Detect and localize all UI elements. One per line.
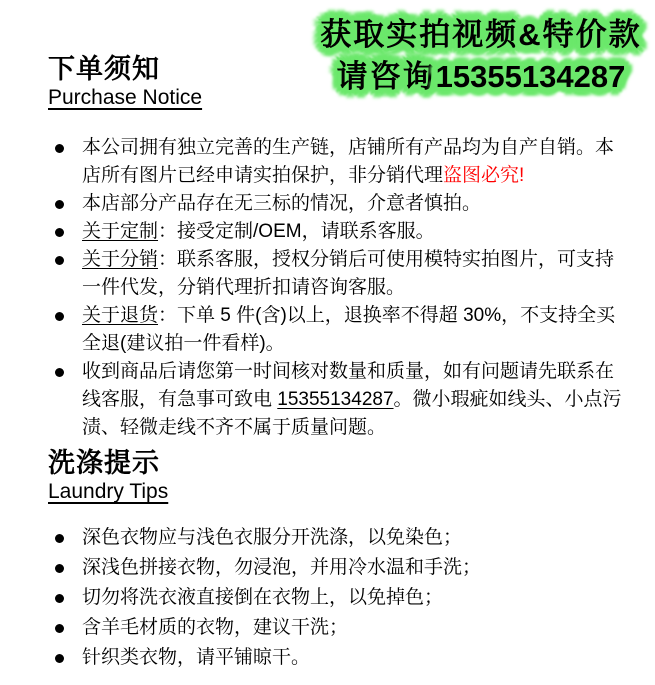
laundry-tips-title-en: Laundry Tips bbox=[48, 480, 168, 504]
list-item: 关于退货：下单 5 件(含)以上，退换率不得超 30%，不支持全买全退(建议拍一… bbox=[48, 302, 630, 358]
underlined-text: 关于分销 bbox=[82, 249, 158, 270]
list-item: 切勿将洗衣液直接倒在衣物上，以免掉色； bbox=[48, 584, 630, 612]
underlined-text: 15355134287 bbox=[277, 389, 393, 410]
promo-banner: 获取实拍视频&特价款 请咨询15355134287 bbox=[311, 14, 651, 98]
laundry-tips-list: 深色衣物应与浅色衣服分开洗涤，以免染色；深浅色拼接衣物，勿浸泡，并用冷水温和手洗… bbox=[48, 524, 630, 672]
text-segment: 深浅色拼接衣物，勿浸泡，并用冷水温和手洗； bbox=[82, 557, 481, 578]
promo-phone-number: 15355134287 bbox=[436, 59, 626, 94]
list-item: 针织类衣物，请平铺晾干。 bbox=[48, 644, 630, 672]
warning-text: 盗图必究! bbox=[443, 165, 524, 186]
list-item: 深色衣物应与浅色衣服分开洗涤，以免染色； bbox=[48, 524, 630, 552]
text-segment: 本公司拥有独立完善的生产链，店铺所有产品均为自产自销。本店所有图片已经申请实拍保… bbox=[82, 137, 614, 186]
promo-banner-line2: 请咨询15355134287 bbox=[311, 56, 651, 98]
list-item: 关于分销：联系客服，授权分销后可使用模特实拍图片，可支持一件代发，分销代理折扣请… bbox=[48, 246, 630, 302]
purchase-notice-list: 本公司拥有独立完善的生产链，店铺所有产品均为自产自销。本店所有图片已经申请实拍保… bbox=[48, 134, 630, 442]
promo-contact-label: 请咨询 bbox=[337, 59, 436, 94]
notice-page-content: 下单须知 Purchase Notice 本公司拥有独立完善的生产链，店铺所有产… bbox=[0, 54, 655, 672]
text-segment: ：下单 5 件(含)以上，退换率不得超 30%，不支持全买全退(建议拍一件看样)… bbox=[82, 305, 615, 354]
laundry-tips-title-zh: 洗涤提示 bbox=[48, 448, 630, 478]
underlined-text: 关于退货 bbox=[82, 305, 158, 326]
list-item: 本店部分产品存在无三标的情况，介意者慎拍。 bbox=[48, 190, 630, 218]
text-segment: 深色衣物应与浅色衣服分开洗涤，以免染色； bbox=[82, 527, 462, 548]
text-segment: 针织类衣物，请平铺晾干。 bbox=[82, 647, 310, 668]
underlined-text: 关于定制 bbox=[82, 221, 158, 242]
text-segment: 切勿将洗衣液直接倒在衣物上，以免掉色； bbox=[82, 587, 443, 608]
text-segment: ：联系客服，授权分销后可使用模特实拍图片，可支持一件代发，分销代理折扣请咨询客服… bbox=[82, 249, 614, 298]
list-item: 含羊毛材质的衣物，建议干洗； bbox=[48, 614, 630, 642]
list-item: 深浅色拼接衣物，勿浸泡，并用冷水温和手洗； bbox=[48, 554, 630, 582]
list-item: 本公司拥有独立完善的生产链，店铺所有产品均为自产自销。本店所有图片已经申请实拍保… bbox=[48, 134, 630, 190]
promo-banner-line1: 获取实拍视频&特价款 bbox=[311, 14, 651, 56]
purchase-notice-title-en: Purchase Notice bbox=[48, 86, 202, 110]
list-item: 关于定制：接受定制/OEM，请联系客服。 bbox=[48, 218, 630, 246]
text-segment: 含羊毛材质的衣物，建议干洗； bbox=[82, 617, 348, 638]
text-segment: ：接受定制/OEM，请联系客服。 bbox=[158, 221, 435, 242]
text-segment: 本店部分产品存在无三标的情况，介意者慎拍。 bbox=[82, 193, 481, 214]
list-item: 收到商品后请您第一时间核对数量和质量，如有问题请先联系在线客服，有急事可致电 1… bbox=[48, 358, 630, 442]
